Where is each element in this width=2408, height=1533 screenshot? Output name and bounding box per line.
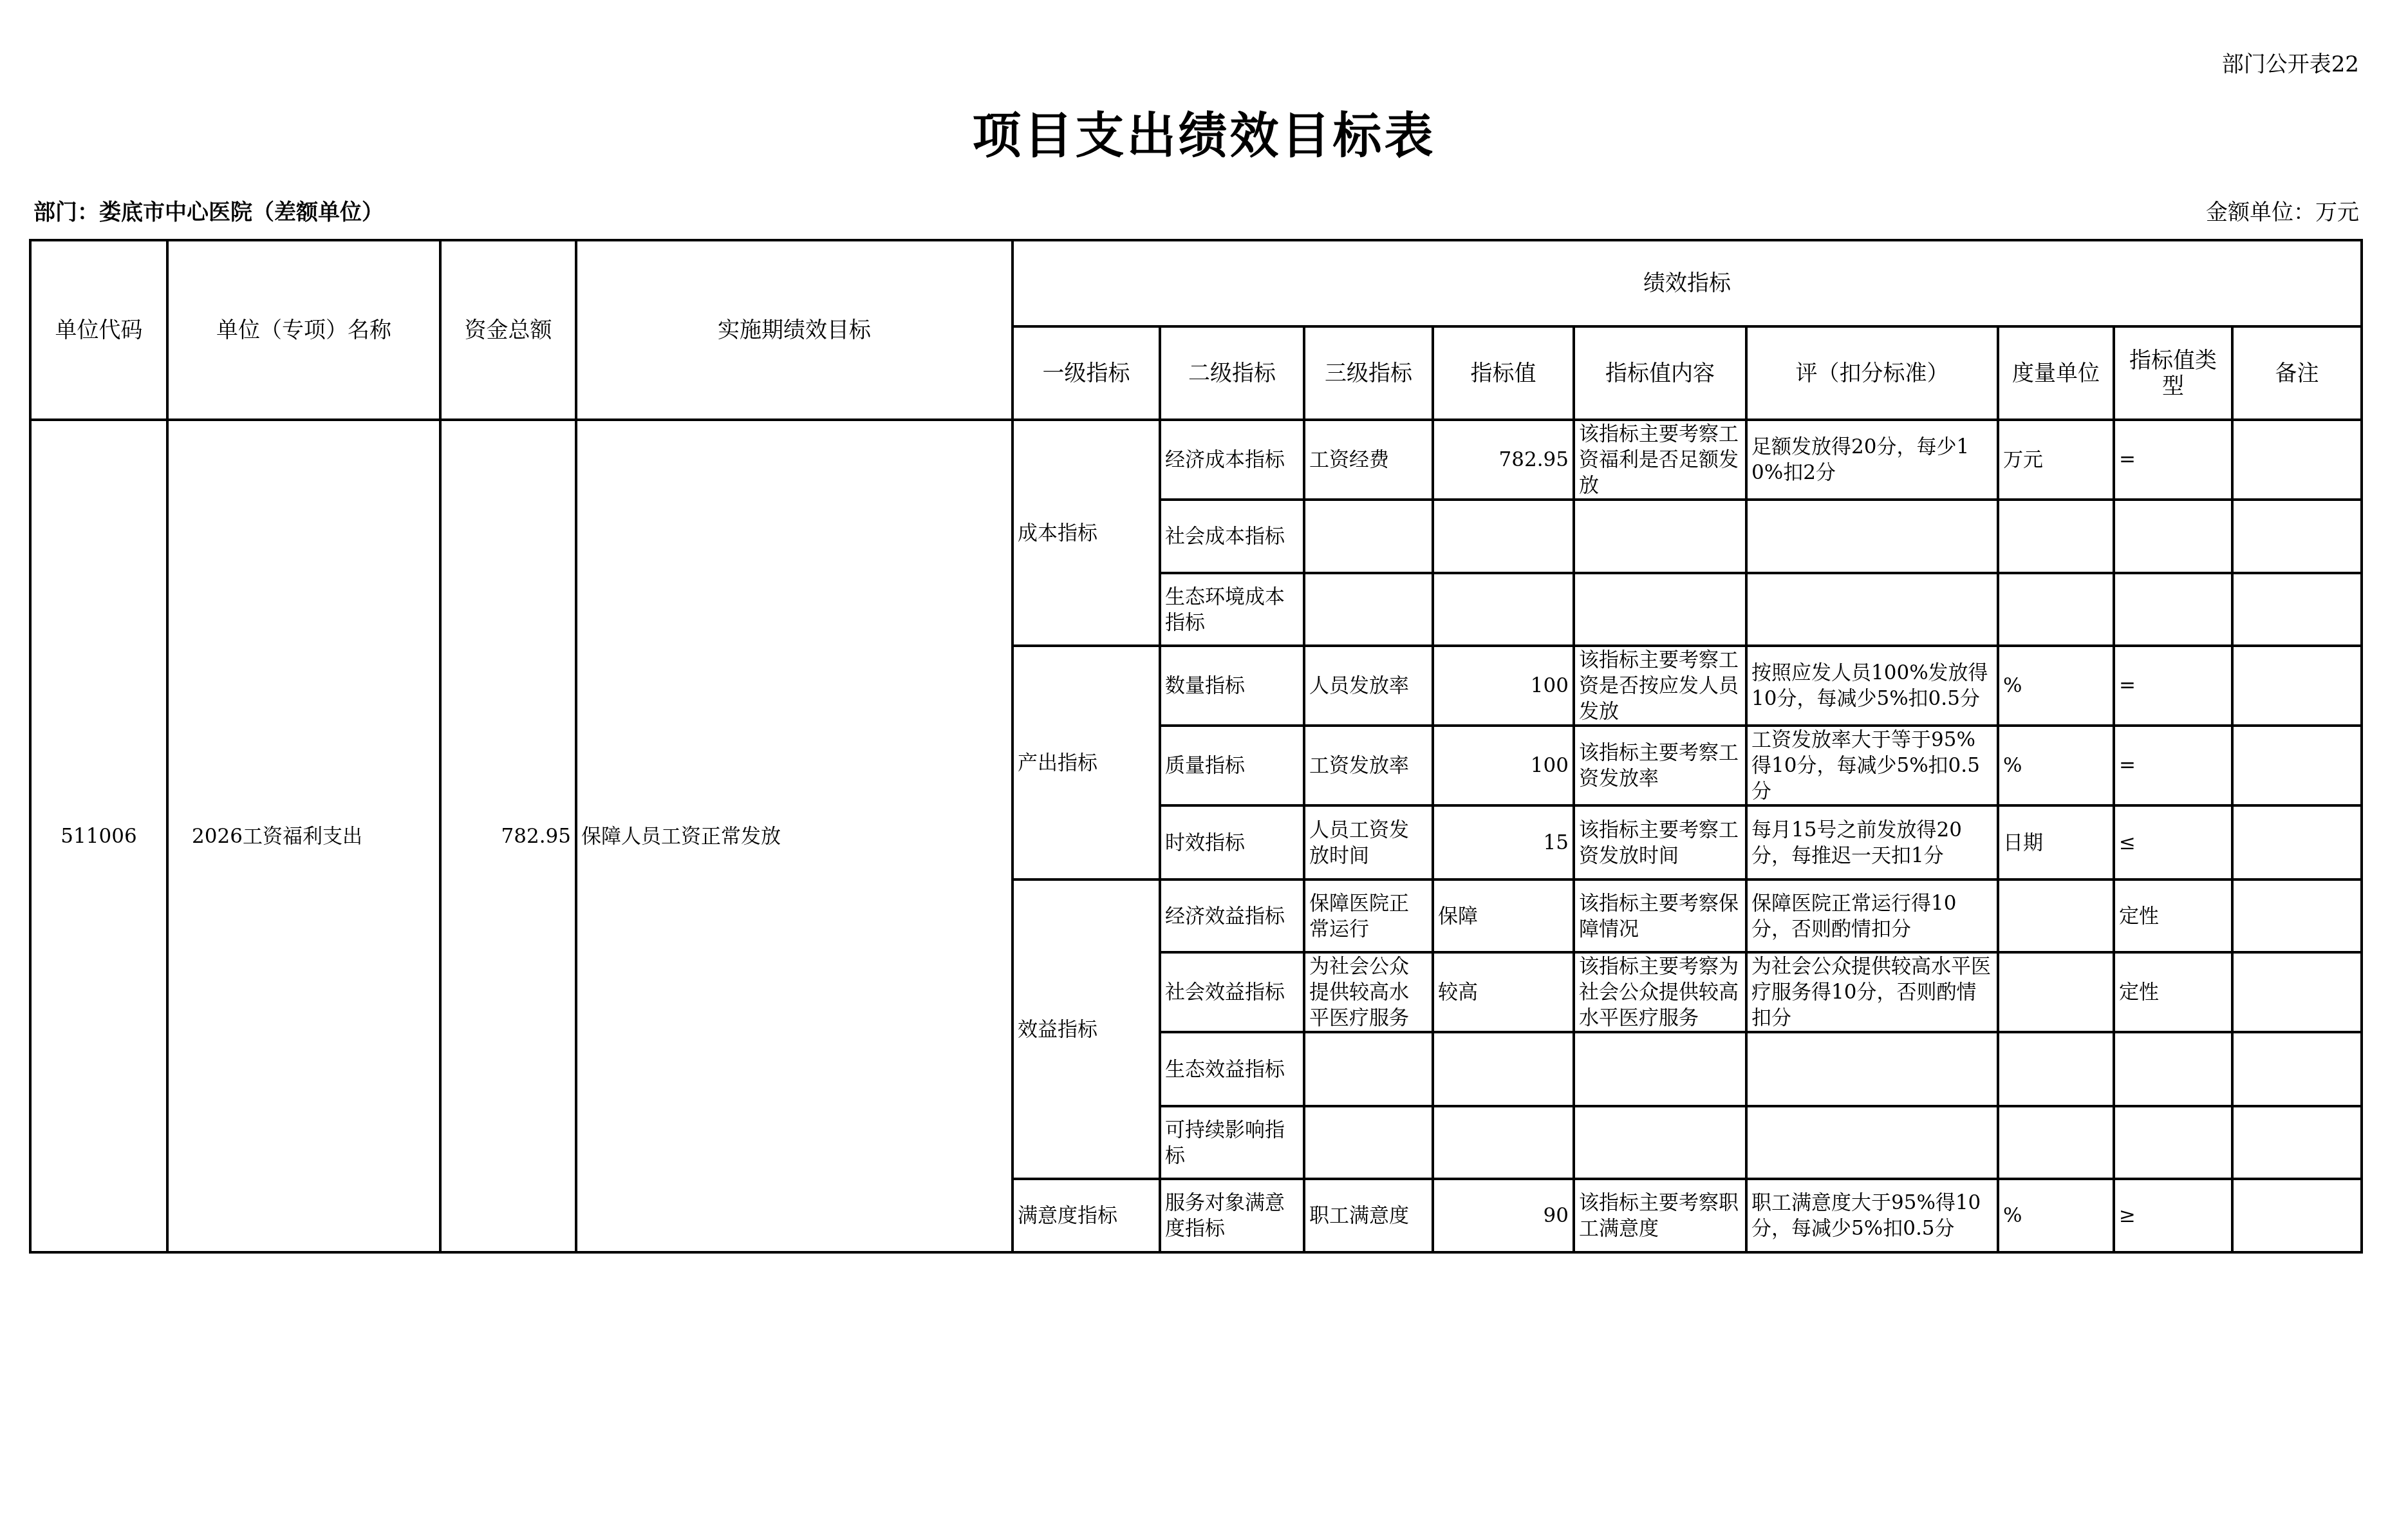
period-goal-cell: 保障人员工资正常发放	[576, 420, 1013, 1252]
header-unit-name: 单位（专项）名称	[167, 240, 440, 420]
level3-cell	[1304, 1032, 1433, 1106]
measure-unit-cell: %	[1998, 726, 2114, 805]
value-content-cell: 该指标主要考察职工满意度	[1574, 1179, 1746, 1252]
level2-cell: 生态环境成本指标	[1160, 573, 1304, 646]
measure-unit-cell	[1998, 500, 2114, 573]
value-type-cell: ≥	[2114, 1179, 2232, 1252]
total-funds-cell: 782.95	[440, 420, 576, 1252]
value-content-cell: 该指标主要考察工资福利是否足额发放	[1574, 420, 1746, 500]
value-cell: 100	[1433, 726, 1574, 805]
remarks-cell	[2232, 879, 2362, 952]
scoring-cell	[1746, 573, 1998, 646]
amount-unit: 金额单位：万元	[2206, 194, 2359, 226]
value-content-cell	[1574, 1106, 1746, 1179]
level3-cell: 工资发放率	[1304, 726, 1433, 805]
value-cell	[1433, 1106, 1574, 1179]
value-content-cell	[1574, 573, 1746, 646]
header-remarks: 备注	[2232, 326, 2362, 420]
unit-name-cell: 2026工资福利支出	[167, 420, 440, 1252]
level3-cell: 为社会公众提供较高水平医疗服务	[1304, 952, 1433, 1032]
level2-cell: 数量指标	[1160, 646, 1304, 726]
header-measure-unit: 度量单位	[1998, 326, 2114, 420]
value-cell	[1433, 500, 1574, 573]
measure-unit-cell	[1998, 952, 2114, 1032]
header-unit-code: 单位代码	[30, 240, 167, 420]
scoring-cell: 保障医院正常运行得10分，否则酌情扣分	[1746, 879, 1998, 952]
value-cell: 保障	[1433, 879, 1574, 952]
measure-unit-cell: 万元	[1998, 420, 2114, 500]
scoring-cell: 按照应发人员100%发放得10分，每减少5%扣0.5分	[1746, 646, 1998, 726]
level3-cell: 保障医院正常运行	[1304, 879, 1433, 952]
level3-cell: 人员工资发放时间	[1304, 805, 1433, 879]
measure-unit-cell	[1998, 1106, 2114, 1179]
measure-unit-cell: 日期	[1998, 805, 2114, 879]
value-type-cell: 定性	[2114, 879, 2232, 952]
level2-cell: 经济成本指标	[1160, 420, 1304, 500]
scoring-cell	[1746, 1106, 1998, 1179]
page-title: 项目支出绩效目标表	[0, 97, 2408, 167]
table-row: 511006 2026工资福利支出 782.95 保障人员工资正常发放 成本指标…	[30, 420, 2362, 500]
scoring-cell: 足额发放得20分，每少10%扣2分	[1746, 420, 1998, 500]
level2-cell: 服务对象满意度指标	[1160, 1179, 1304, 1252]
scoring-cell: 职工满意度大于95%得10分，每减少5%扣0.5分	[1746, 1179, 1998, 1252]
remarks-cell	[2232, 1106, 2362, 1179]
value-type-cell	[2114, 1032, 2232, 1106]
value-cell: 100	[1433, 646, 1574, 726]
performance-table: 单位代码 单位（专项）名称 资金总额 实施期绩效目标 绩效指标 一级指标 二级指…	[29, 239, 2363, 1254]
level2-cell: 时效指标	[1160, 805, 1304, 879]
value-content-cell: 该指标主要考察工资发放率	[1574, 726, 1746, 805]
value-type-cell	[2114, 573, 2232, 646]
header-perf-indicators: 绩效指标	[1013, 240, 2362, 326]
remarks-cell	[2232, 646, 2362, 726]
value-cell: 782.95	[1433, 420, 1574, 500]
value-content-cell	[1574, 500, 1746, 573]
level1-cell: 满意度指标	[1013, 1179, 1160, 1252]
level3-cell	[1304, 500, 1433, 573]
scoring-cell: 每月15号之前发放得20分，每推迟一天扣1分	[1746, 805, 1998, 879]
remarks-cell	[2232, 805, 2362, 879]
measure-unit-cell	[1998, 573, 2114, 646]
remarks-cell	[2232, 420, 2362, 500]
value-type-cell	[2114, 1106, 2232, 1179]
department-label: 部门：娄底市中心医院（差额单位）	[33, 194, 384, 226]
header-level1: 一级指标	[1013, 326, 1160, 420]
header-value-content: 指标值内容	[1574, 326, 1746, 420]
value-content-cell: 该指标主要考察工资发放时间	[1574, 805, 1746, 879]
level3-cell: 人员发放率	[1304, 646, 1433, 726]
level2-cell: 可持续影响指标	[1160, 1106, 1304, 1179]
value-cell	[1433, 573, 1574, 646]
value-content-cell: 该指标主要考察为社会公众提供较高水平医疗服务	[1574, 952, 1746, 1032]
scoring-cell: 工资发放率大于等于95%得10分，每减少5%扣0.5分	[1746, 726, 1998, 805]
form-number: 部门公开表22	[2222, 46, 2359, 78]
header-level2: 二级指标	[1160, 326, 1304, 420]
value-cell: 15	[1433, 805, 1574, 879]
value-type-cell: =	[2114, 646, 2232, 726]
value-content-cell	[1574, 1032, 1746, 1106]
unit-code-cell: 511006	[30, 420, 167, 1252]
header-period-goal: 实施期绩效目标	[576, 240, 1013, 420]
level2-cell: 社会效益指标	[1160, 952, 1304, 1032]
level3-cell	[1304, 1106, 1433, 1179]
value-content-cell: 该指标主要考察保障情况	[1574, 879, 1746, 952]
value-type-cell: 定性	[2114, 952, 2232, 1032]
level2-cell: 经济效益指标	[1160, 879, 1304, 952]
remarks-cell	[2232, 573, 2362, 646]
header-total-funds: 资金总额	[440, 240, 576, 420]
value-type-cell: =	[2114, 420, 2232, 500]
header-scoring: 评（扣分标准）	[1746, 326, 1998, 420]
level2-cell: 社会成本指标	[1160, 500, 1304, 573]
level1-cell: 效益指标	[1013, 879, 1160, 1179]
value-type-cell	[2114, 500, 2232, 573]
level1-cell: 产出指标	[1013, 646, 1160, 879]
remarks-cell	[2232, 1179, 2362, 1252]
remarks-cell	[2232, 500, 2362, 573]
scoring-cell: 为社会公众提供较高水平医疗服务得10分，否则酌情扣分	[1746, 952, 1998, 1032]
measure-unit-cell: %	[1998, 1179, 2114, 1252]
measure-unit-cell	[1998, 879, 2114, 952]
scoring-cell	[1746, 500, 1998, 573]
measure-unit-cell: %	[1998, 646, 2114, 726]
level2-cell: 生态效益指标	[1160, 1032, 1304, 1106]
level3-cell: 工资经费	[1304, 420, 1433, 500]
level3-cell	[1304, 573, 1433, 646]
value-content-cell: 该指标主要考察工资是否按应发人员发放	[1574, 646, 1746, 726]
value-type-cell: ≤	[2114, 805, 2232, 879]
remarks-cell	[2232, 726, 2362, 805]
header-level3: 三级指标	[1304, 326, 1433, 420]
level1-cell: 成本指标	[1013, 420, 1160, 646]
header-value-type: 指标值类型	[2114, 326, 2232, 420]
remarks-cell	[2232, 952, 2362, 1032]
value-cell: 较高	[1433, 952, 1574, 1032]
level2-cell: 质量指标	[1160, 726, 1304, 805]
value-type-cell: =	[2114, 726, 2232, 805]
value-cell	[1433, 1032, 1574, 1106]
measure-unit-cell	[1998, 1032, 2114, 1106]
remarks-cell	[2232, 1032, 2362, 1106]
scoring-cell	[1746, 1032, 1998, 1106]
level3-cell: 职工满意度	[1304, 1179, 1433, 1252]
header-value: 指标值	[1433, 326, 1574, 420]
value-cell: 90	[1433, 1179, 1574, 1252]
